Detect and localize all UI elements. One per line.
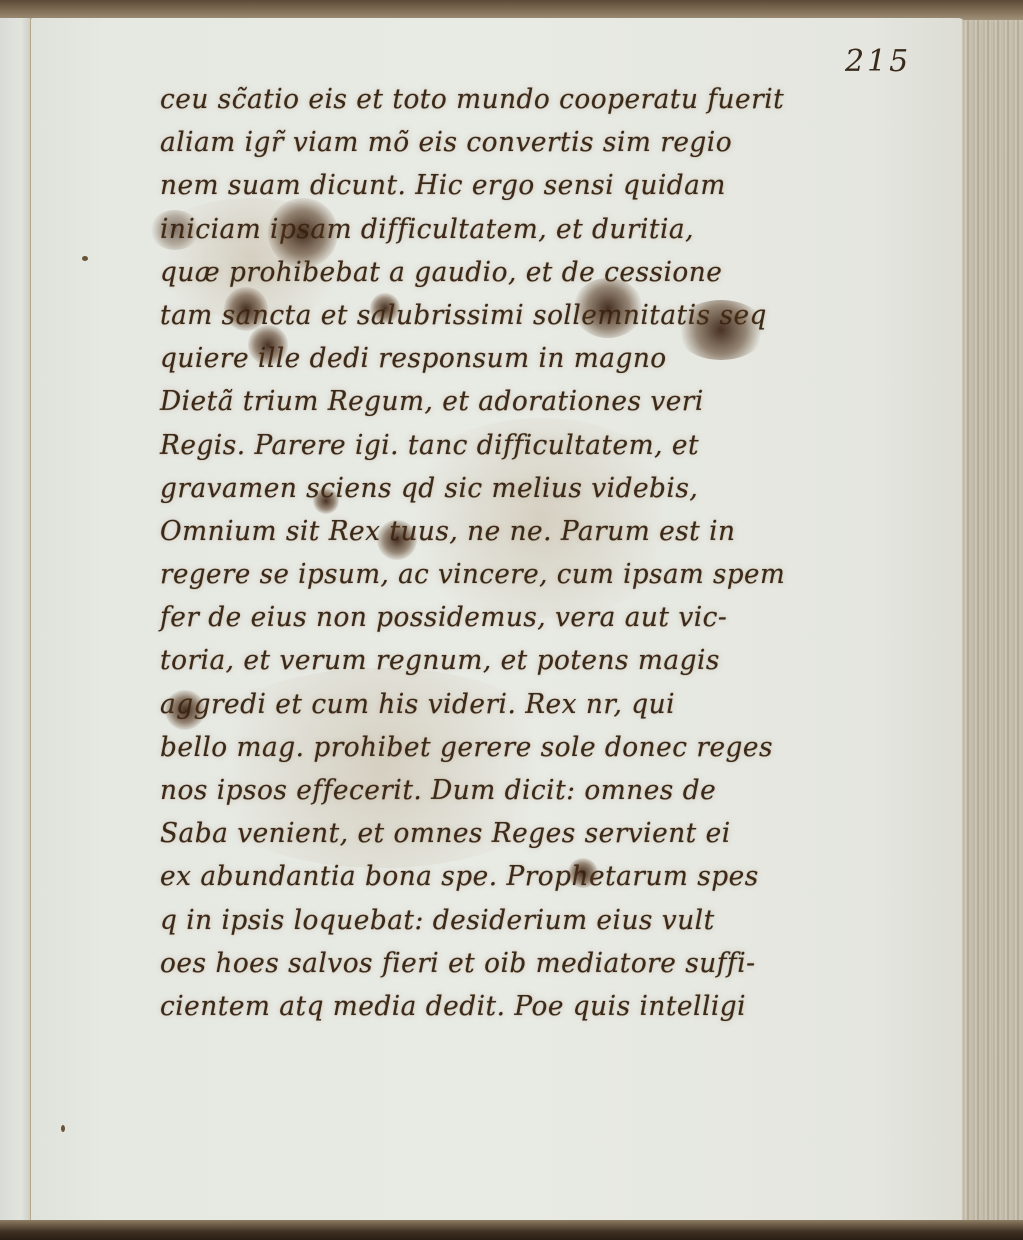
text-line: cientem atq media dedit. Poe quis intell… (160, 985, 785, 1028)
folio-number: 215 (845, 44, 911, 79)
text-line: iniciam ipsam difficultatem, et duritia, (160, 208, 785, 251)
ink-speck (61, 1125, 65, 1132)
text-line: Regis. Parere igi. tanc difficultatem, e… (160, 424, 785, 467)
text-line: Dietã trium Regum, et adorationes veri (160, 380, 785, 423)
text-line: aliam igr̃ viam mõ eis convertis sim reg… (160, 121, 785, 164)
manuscript-scan: 215 ceu sc̃atio eis et toto mundo cooper… (0, 0, 1023, 1240)
text-line: nos ipsos effecerit. Dum dicit: omnes de (160, 769, 785, 812)
page-stack-edge (962, 20, 1023, 1220)
text-line: q in ipsis loquebat: desiderium eius vul… (160, 899, 785, 942)
ink-speck (82, 256, 88, 261)
text-line: ex abundantia bona spe. Prophetarum spes (160, 855, 785, 898)
text-line: gravamen sciens qd sic melius videbis, (160, 467, 785, 510)
binding-bottom-edge (0, 1220, 1023, 1240)
text-line: nem suam dicunt. Hic ergo sensi quidam (160, 164, 785, 207)
text-line: regere se ipsum, ac vincere, cum ipsam s… (160, 553, 778, 596)
text-line: fer de eius non possidemus, vera aut vic… (160, 596, 785, 639)
manuscript-text: ceu sc̃atio eis et toto mundo cooperatu … (160, 78, 800, 1028)
text-line: Saba venient, et omnes Reges servient ei (160, 812, 785, 855)
text-line: bello mag. prohibet gerere sole donec re… (160, 726, 785, 769)
text-line: toria, et verum regnum, et potens magis (160, 639, 785, 682)
text-line: ceu sc̃atio eis et toto mundo cooperatu … (160, 78, 785, 121)
text-line: tam sancta et salubrissimi sollemnitatis… (160, 294, 785, 337)
adjacent-leaf (0, 18, 32, 1223)
text-line: oes hoes salvos fieri et oib mediatore s… (160, 942, 785, 985)
text-line: quiere ille dedi responsum in magno (160, 337, 785, 380)
text-line: Omnium sit Rex tuus, ne ne. Parum est in (160, 510, 785, 553)
text-line: quæ prohibebat a gaudio, et de cessione (160, 251, 785, 294)
text-line: aggredi et cum his videri. Rex nr, qui (160, 683, 785, 726)
